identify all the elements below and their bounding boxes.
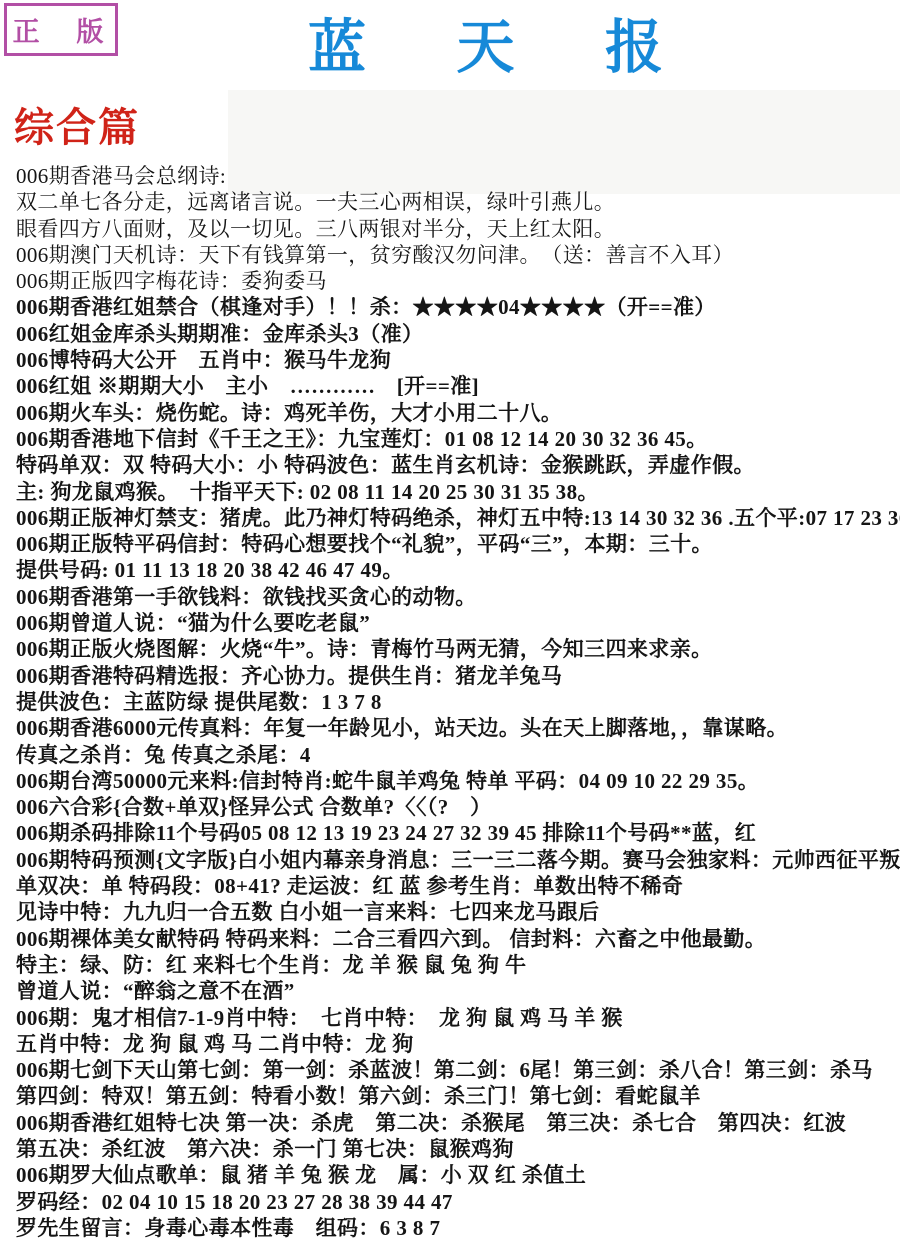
report-line: 见诗中特：九九归一合五数 白小姐一言来料：七四来龙马跟后 [16, 899, 900, 925]
report-line: 006期香港6000元传真料：年复一年龄见小，站天边。头在天上脚落地，，靠谋略。 [16, 715, 900, 741]
report-line: 006期台湾50000元来料:信封特肖:蛇牛鼠羊鸡兔 特单 平码：04 09 1… [16, 768, 900, 794]
report-line: 006期：鬼才相信7-1-9肖中特： 七肖中特： 龙 狗 鼠 鸡 马 羊 猴 [16, 1005, 900, 1031]
report-line: 罗先生留言：身毒心毒本性毒 组码：6 3 8 7 [16, 1215, 900, 1241]
report-line: 006期香港特码精选报：齐心协力。提供生肖：猪龙羊兔马 [16, 663, 900, 689]
report-line: 006期正版四字梅花诗：委狗委马 [16, 268, 900, 294]
report-line: 提供波色：主蓝防绿 提供尾数：1 3 7 8 [16, 689, 900, 715]
report-line: 主: 狗龙鼠鸡猴。 十指平天下: 02 08 11 14 20 25 30 31… [16, 479, 900, 505]
report-line: 罗码经：02 04 10 15 18 20 23 27 28 38 39 44 … [16, 1189, 900, 1215]
report-line: 006期香港第一手欲钱料：欲钱找买贪心的动物。 [16, 584, 900, 610]
report-line: 曾道人说：“醉翁之意不在酒” [16, 978, 900, 1004]
report-page: { "header": { "edition_badge": "正 版", "t… [0, 0, 900, 1243]
report-line: 006期香港红姐禁合（棋逢对手）！！杀：★★★★04★★★★（开==准） [16, 294, 900, 320]
report-line: 第五决：杀红波 第六决：杀一门 第七决：鼠猴鸡狗 [16, 1136, 900, 1162]
report-line: 006期曾道人说：“猫为什么要吃老鼠” [16, 610, 900, 636]
report-line: 五肖中特：龙 狗 鼠 鸡 马 二肖中特：龙 狗 [16, 1031, 900, 1057]
report-line: 006期裸体美女献特码 特码来料：二合三看四六到。 信封料：六畜之中他最勤。 [16, 926, 900, 952]
report-line: 006期杀码排除11个号码05 08 12 13 19 23 24 27 32 … [16, 820, 900, 846]
report-line: 006期罗大仙点歌单：鼠 猪 羊 兔 猴 龙 属：小 双 红 杀值土 [16, 1162, 900, 1188]
report-line: 传真之杀肖：兔 传真之杀尾：4 [16, 742, 900, 768]
report-line: 提供号码: 01 11 13 18 20 38 42 46 47 49。 [16, 557, 900, 583]
report-line: 第四剑：特双！第五剑：特看小数！第六剑：杀三门！第七剑：看蛇鼠羊 [16, 1083, 900, 1109]
report-line: 006期正版火烧图解：火烧“牛”。诗：青梅竹马两无猜，今知三四来求亲。 [16, 636, 900, 662]
report-line: 006期七剑下天山第七剑：第一剑：杀蓝波！第二剑：6尾！第三剑：杀八合！第三剑：… [16, 1057, 900, 1083]
report-line: 006期澳门天机诗：天下有钱算第一，贫穷酸汉勿问津。 （送：善言不入耳） [16, 242, 900, 268]
report-body: 006期香港马会总纲诗: 双二单七各分走，远离诸言说。一夫三心两相误，绿叶引燕儿… [16, 163, 900, 1241]
report-line: 单双决：单 特码段：08+41? 走运波：红 蓝 参考生肖：单数出特不稀奇 [16, 873, 900, 899]
report-line: 眼看四方八面财，及以一切见。三八两银对半分，天上红太阳。 [16, 216, 900, 242]
report-line: 006期香港马会总纲诗: [16, 163, 900, 189]
page-title: 蓝 天 报 [308, 8, 701, 88]
report-line: 006期正版神灯禁支：猪虎。此乃神灯特码绝杀，神灯五中特:13 14 30 32… [16, 505, 900, 531]
section-label: 综合篇 [14, 96, 140, 153]
report-line: 006期香港红姐特七决 第一决：杀虎 第二决：杀猴尾 第三决：杀七合 第四决：红… [16, 1110, 900, 1136]
report-line: 006博特码大公开 五肖中：猴马牛龙狗 [16, 347, 900, 373]
report-line: 特主：绿、防：红 来料七个生肖：龙 羊 猴 鼠 兔 狗 牛 [16, 952, 900, 978]
report-line: 006红姐金库杀头期期准：金库杀头3（准） [16, 321, 900, 347]
edition-badge: 正 版 [4, 3, 118, 56]
report-line: 双二单七各分走，远离诸言说。一夫三心两相误，绿叶引燕儿。 [16, 189, 900, 215]
report-line: 006期火车头：烧伤蛇。诗：鸡死羊伤，大才小用二十八。 [16, 400, 900, 426]
report-line: 006六合彩{合数+单双}怪异公式 合数单?〈〈（? ） [16, 794, 900, 820]
report-line: 006红姐 ※期期大小 主小 ………… [开==准] [16, 373, 900, 399]
report-line: 006期正版特平码信封：特码心想要找个“礼貌”，平码“三”，本期：三十。 [16, 531, 900, 557]
report-line: 006期特码预测{文字版}白小姐内幕亲身消息：三一三二落今期。赛马会独家料：元帅… [16, 847, 900, 873]
report-line: 006期香港地下信封《千王之王》：九宝莲灯：01 08 12 14 20 30 … [16, 426, 900, 452]
report-line: 特码单双：双 特码大小：小 特码波色：蓝生肖玄机诗：金猴跳跃，弄虚作假。 [16, 452, 900, 478]
